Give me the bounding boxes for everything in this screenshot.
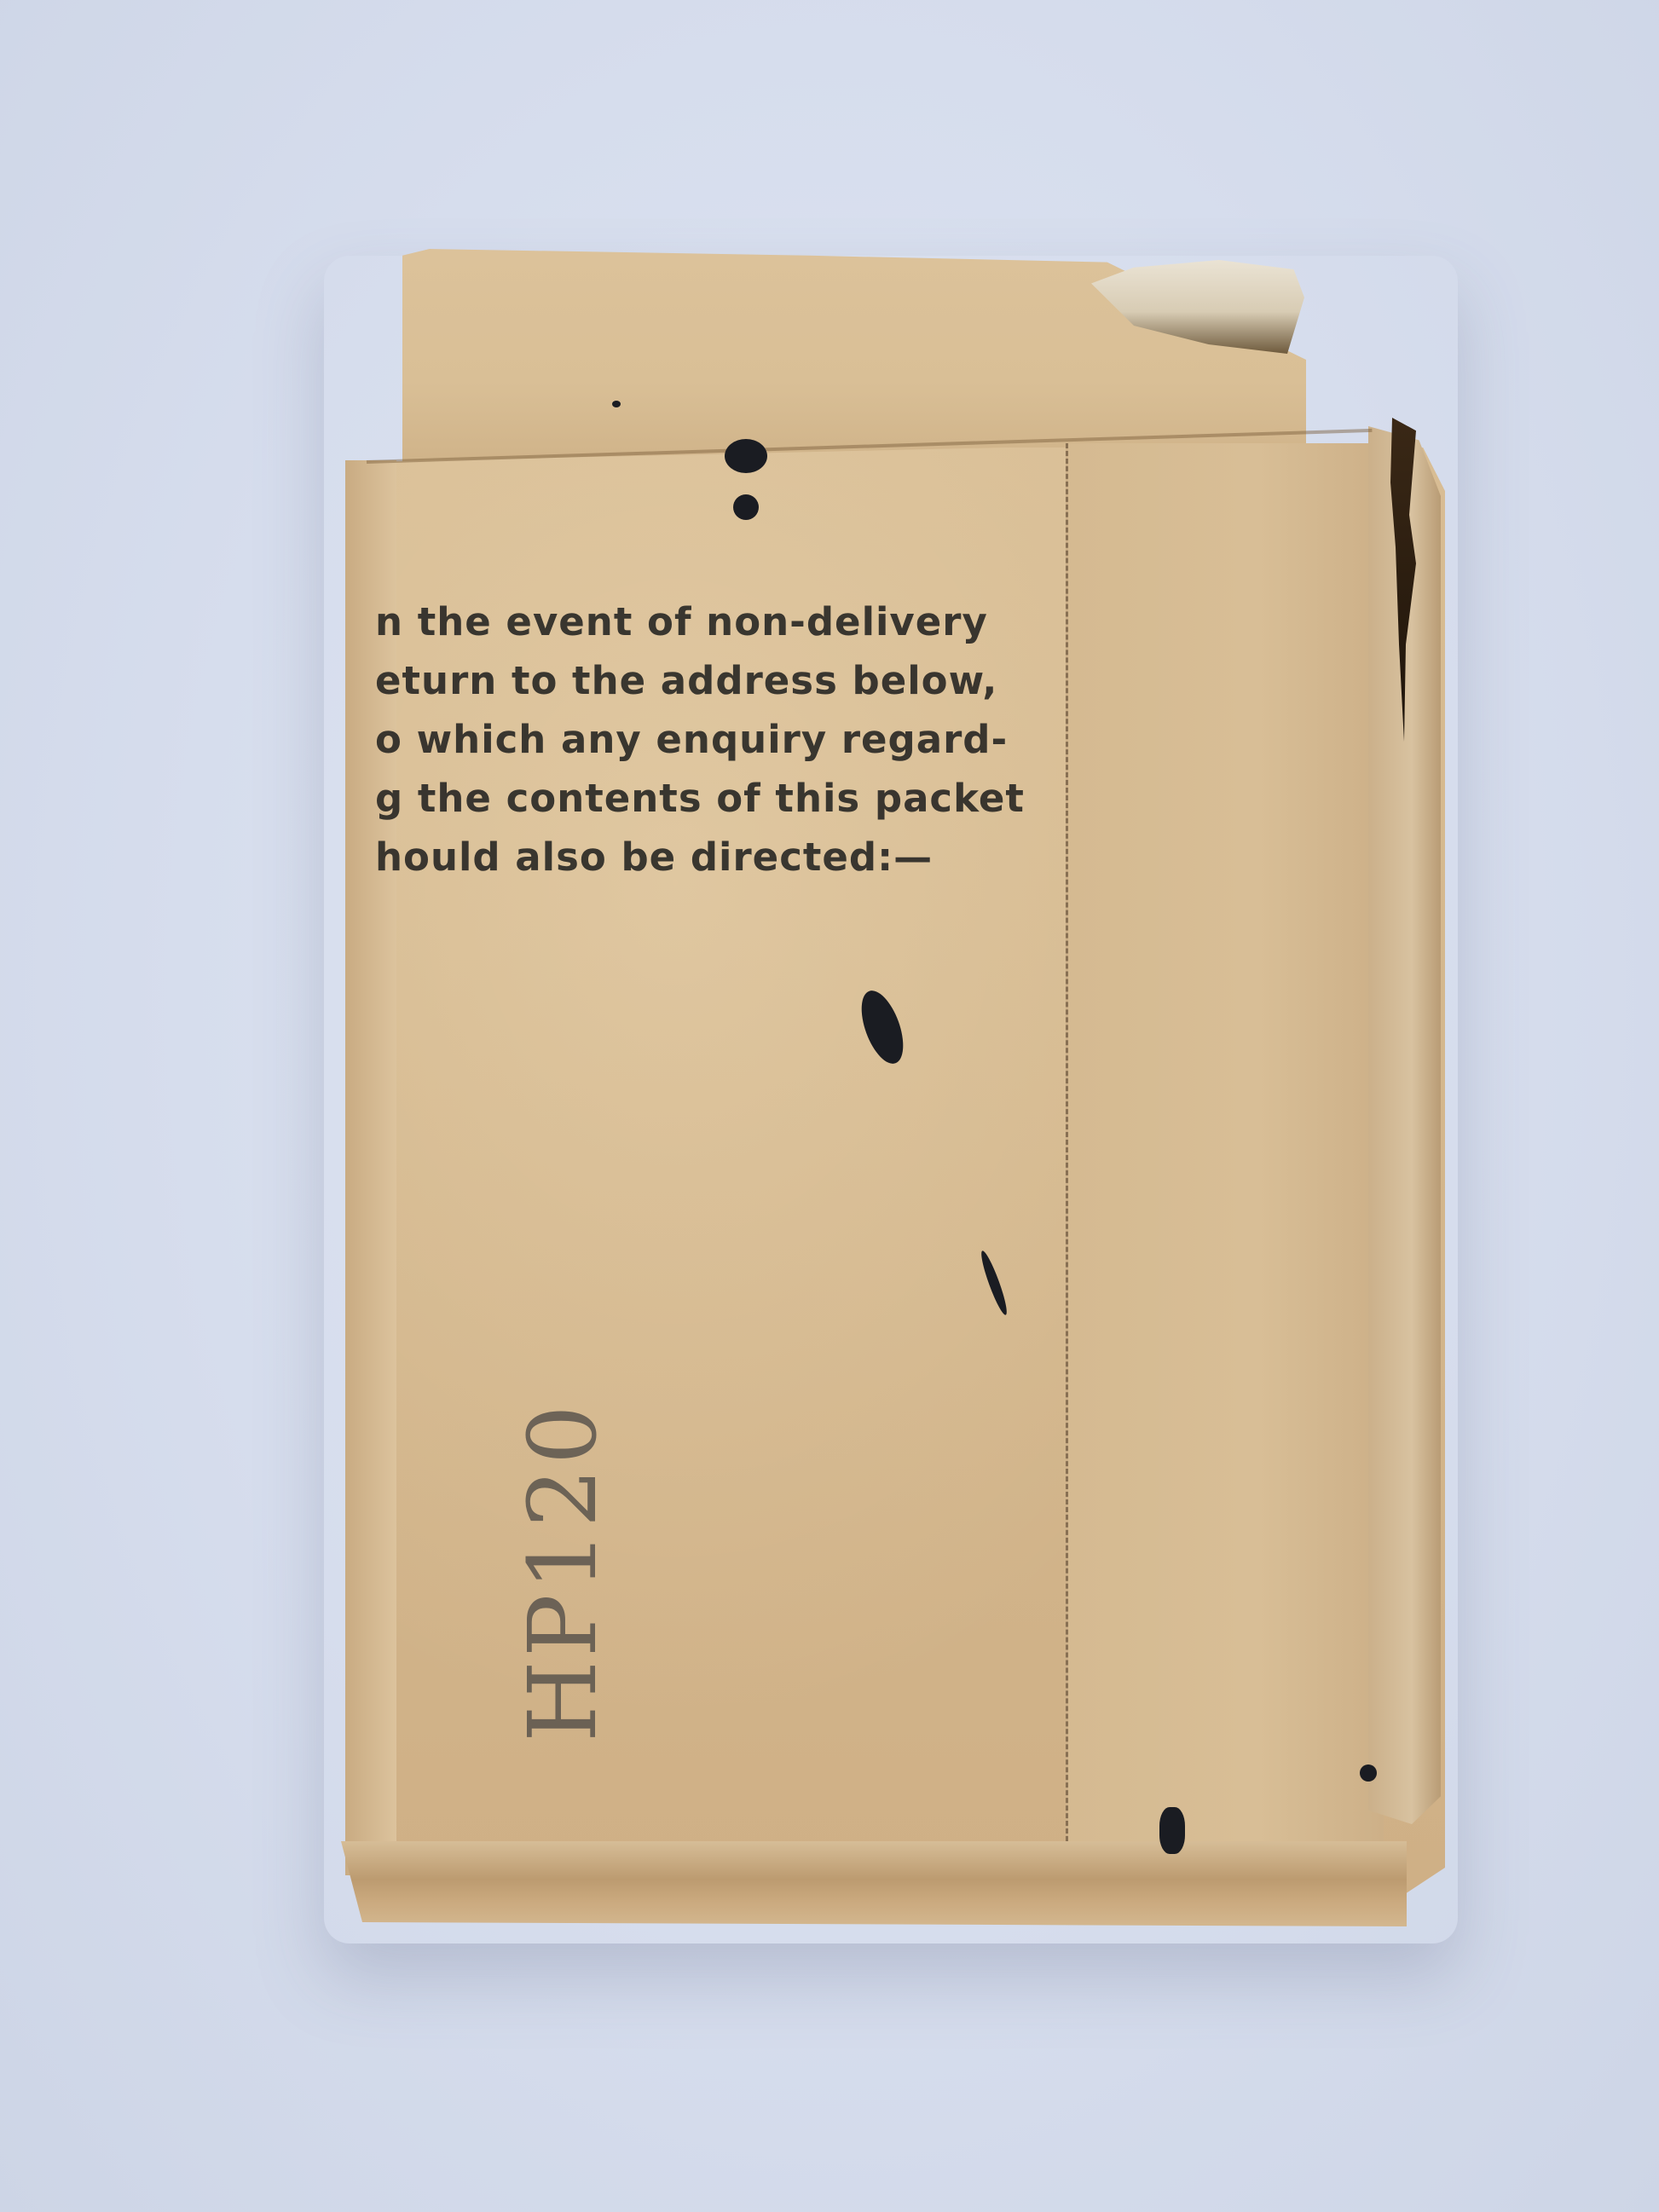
ink-stain	[1360, 1764, 1377, 1782]
ink-stain	[733, 494, 759, 520]
notice-line: eturn to the address below,	[375, 651, 1023, 710]
ink-stain	[1159, 1807, 1185, 1854]
packet-bottom-fold	[341, 1841, 1407, 1926]
notice-line: o which any enquiry regard-	[375, 710, 1023, 769]
notice-line: n the event of non-delivery	[375, 592, 1023, 651]
non-delivery-notice: n the event of non-delivery eturn to the…	[375, 592, 1023, 887]
handwritten-label: HP120	[508, 1384, 617, 1742]
notice-line: g the contents of this packet	[375, 769, 1023, 828]
packet-side-flap	[1066, 443, 1384, 1841]
ink-stain	[725, 439, 767, 473]
notice-line: hould also be directed:—	[375, 828, 1023, 887]
ink-speck	[612, 401, 621, 407]
